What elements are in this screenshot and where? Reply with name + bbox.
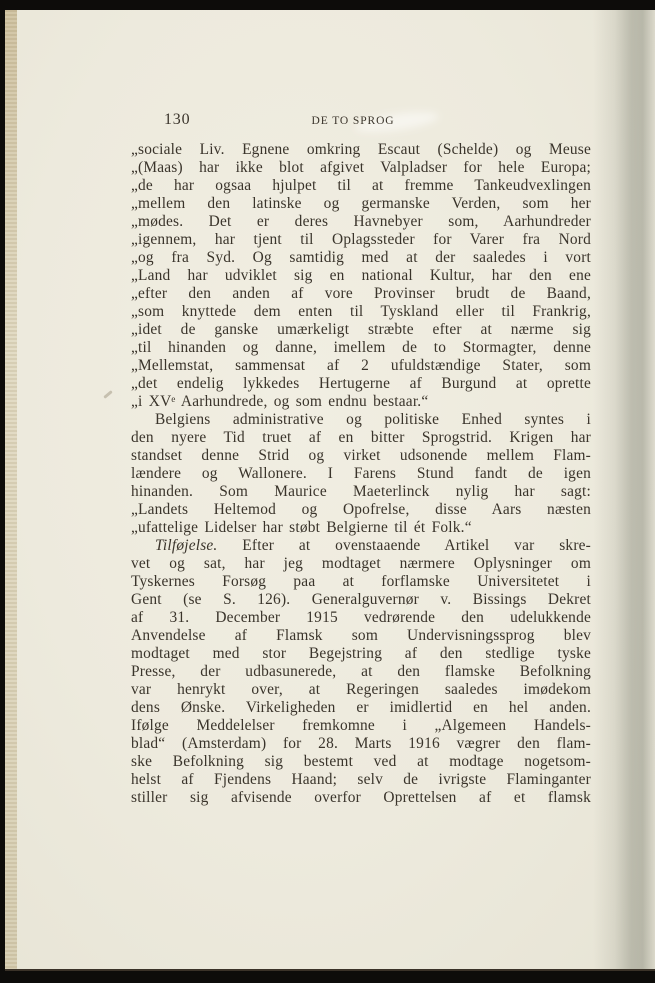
running-header: DE TO SPROG xyxy=(131,115,575,127)
text-line: „(Maas) har ikke blot afgivet Valpladser… xyxy=(131,159,591,177)
text-line: af 31. December 1915 vedrørende den udel… xyxy=(131,609,591,627)
text-line: Anvendelse af Flamsk som Undervisningssp… xyxy=(131,627,591,645)
text-line: Tyskernes Forsøg paa at forflamske Unive… xyxy=(131,573,591,591)
text-line: var henrykt over, at Regeringen saaledes… xyxy=(131,681,591,699)
book-gutter-shadow xyxy=(593,10,655,969)
text-line: stiller sig afvisende overfor Oprettelse… xyxy=(131,789,591,807)
text-line: „i XVᵉ Aarhundrede, og som endnu bestaar… xyxy=(131,393,591,411)
text-line: Gent (se S. 126). Generalguvernør v. Bis… xyxy=(131,591,591,609)
text-line: den nyere Tid truet af en bitter Sprogst… xyxy=(131,429,591,447)
page-header: 130 DE TO SPROG xyxy=(131,113,591,129)
text-line: „til hinanden og danne, imellem de to St… xyxy=(131,339,591,357)
text-line: „idet de ganske umærkeligt stræbte efter… xyxy=(131,321,591,339)
text-line: „mødes. Det er deres Havnebyer som, Aarh… xyxy=(131,213,591,231)
book-page: 130 DE TO SPROG „sociale Liv. Egnene omk… xyxy=(5,10,655,971)
text-line: „Land har udviklet sig en national Kultu… xyxy=(131,267,591,285)
text-line: „sociale Liv. Egnene omkring Escaut (Sch… xyxy=(131,141,591,159)
text-line: „igennem, har tjent til Oplagssteder for… xyxy=(131,231,591,249)
book-scan: 130 DE TO SPROG „sociale Liv. Egnene omk… xyxy=(0,0,655,983)
text-line: hinanden. Som Maurice Maeterlinck nylig … xyxy=(131,483,591,501)
text-line: helst af Fjendens Haand; selv de ivrigst… xyxy=(131,771,591,789)
text-line: „ufattelige Lidelser har støbt Belgierne… xyxy=(131,519,591,537)
text-line: „de har ogsaa hjulpet til at fremme Tank… xyxy=(131,177,591,195)
text-line: „Landets Heltemod og Opofrelse, disse Aa… xyxy=(131,501,591,519)
text-line: standset denne Strid og virket udsonende… xyxy=(131,447,591,465)
text-line: lændere og Wallonere. I Farens Stund fan… xyxy=(131,465,591,483)
page-edge-strip xyxy=(5,10,17,969)
text-line: Tilføjelse. Efter at ovenstaaende Artike… xyxy=(131,537,591,555)
page-blemish-mark xyxy=(103,390,113,399)
paragraph-lead-italic: Tilføjelse. xyxy=(155,537,218,554)
page-body: „sociale Liv. Egnene omkring Escaut (Sch… xyxy=(131,141,591,807)
text-line: vet og sat, har jeg modtaget nærmere Opl… xyxy=(131,555,591,573)
text-block: 130 DE TO SPROG „sociale Liv. Egnene omk… xyxy=(131,113,591,807)
text-line: „Mellemstat, sammensat af 2 ufuldstændig… xyxy=(131,357,591,375)
text-line: dens Ønske. Virkeligheden er imidlertid … xyxy=(131,699,591,717)
text-line: „og fra Syd. Og samtidig med at der saal… xyxy=(131,249,591,267)
text-line: ske Befolkning sig bestemt ved at modtag… xyxy=(131,753,591,771)
text-line: „som knyttede dem enten til Tyskland ell… xyxy=(131,303,591,321)
text-line: „mellem den latinske og germanske Verden… xyxy=(131,195,591,213)
text-line: „efter den anden af vore Provinser brudt… xyxy=(131,285,591,303)
text-line: modtaget med stor Begejstring af den ste… xyxy=(131,645,591,663)
text-line: „det endelig lykkedes Hertugerne af Burg… xyxy=(131,375,591,393)
text-line: Presse, der udbasunerede, at den flamske… xyxy=(131,663,591,681)
text-line: blad“ (Amsterdam) for 28. Marts 1916 væg… xyxy=(131,735,591,753)
text-line: Ifølge Meddelelser fremkomne i „Algemeen… xyxy=(131,717,591,735)
text-line: Belgiens administrative og politiske Enh… xyxy=(131,411,591,429)
